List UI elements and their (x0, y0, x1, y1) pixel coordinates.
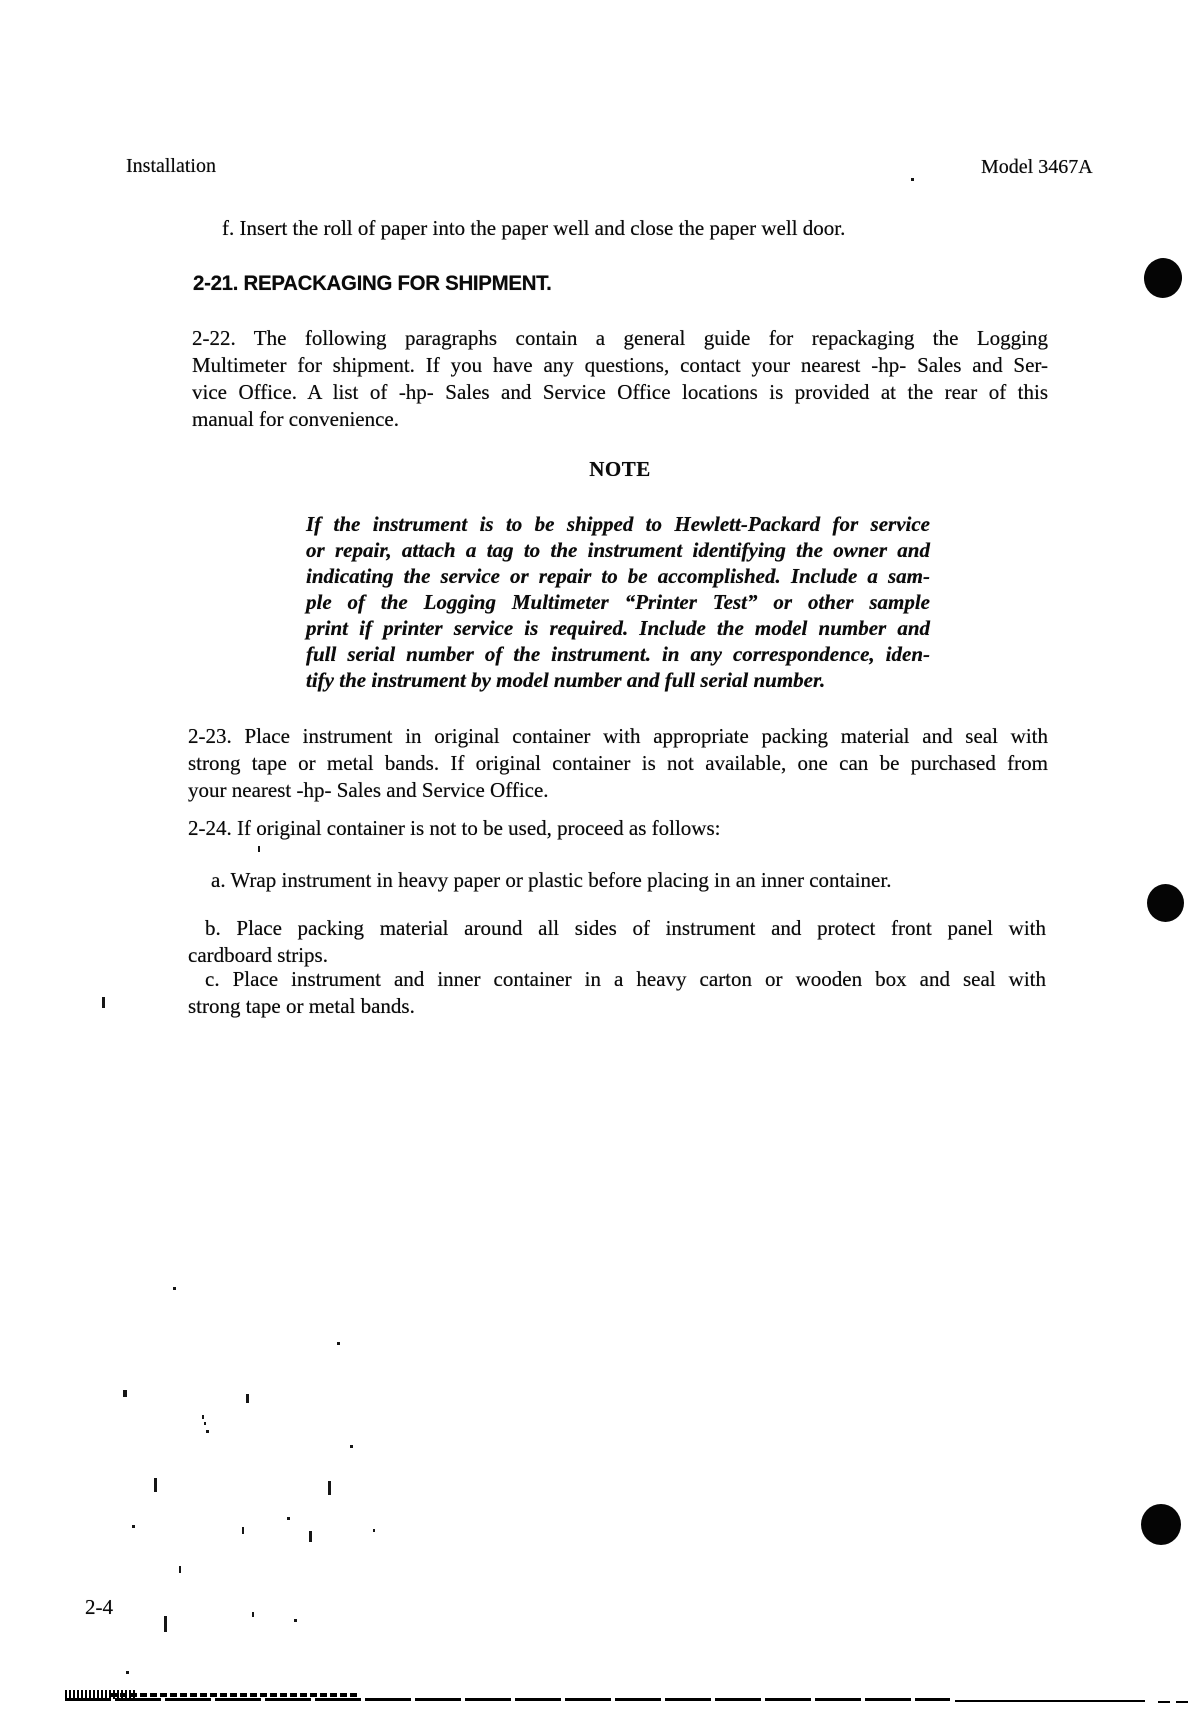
scan-speck (102, 997, 105, 1008)
scan-speck (294, 1619, 297, 1622)
note-body: If the instrument is to be shipped to He… (306, 511, 930, 693)
list-item-c: c. Place instrument and inner container … (188, 966, 1046, 1020)
scan-speck (173, 1287, 176, 1290)
scan-speck (258, 846, 260, 852)
binding-hole-mark (1147, 884, 1184, 922)
scanned-manual-page: Installation Model 3467A f. Insert the r… (0, 0, 1198, 1716)
page-number: 2-4 (85, 1595, 113, 1620)
text-line: If the instrument is to be shipped to He… (306, 511, 930, 537)
text-line: Multimeter for shipment. If you have any… (192, 352, 1048, 379)
text-line: or repair, attach a tag to the instrumen… (306, 537, 930, 563)
text-line: manual for convenience. (192, 406, 1048, 433)
binding-hole-mark (1141, 256, 1184, 301)
scan-speck (123, 1390, 127, 1397)
note-title: NOTE (192, 457, 1048, 482)
scan-speck (202, 1415, 204, 1419)
text-line: strong tape or metal bands. (188, 993, 1046, 1020)
text-line: indicating the service or repair to be a… (306, 563, 930, 589)
paragraph-2-23: 2-23. Place instrument in original conta… (188, 723, 1048, 804)
text-line: print if printer service is required. In… (306, 615, 930, 641)
scan-speck (154, 1478, 157, 1492)
scan-artifact-line (65, 1698, 950, 1701)
scan-speck (373, 1529, 375, 1532)
paragraph-2-24: 2-24. If original container is not to be… (188, 816, 720, 841)
scan-speck (164, 1616, 167, 1632)
binding-hole-mark (1141, 1504, 1181, 1545)
scan-speck (337, 1342, 340, 1345)
text-line: c. Place instrument and inner container … (188, 966, 1046, 993)
scan-speck (246, 1394, 249, 1403)
scan-artifact-line (1158, 1701, 1192, 1703)
scan-speck (126, 1671, 129, 1674)
scan-speck (206, 1430, 209, 1433)
list-item-a: a. Wrap instrument in heavy paper or pla… (211, 868, 891, 893)
step-f-line: f. Insert the roll of paper into the pap… (222, 216, 845, 241)
scan-speck (309, 1531, 312, 1542)
text-line: your nearest -hp- Sales and Service Offi… (188, 777, 1048, 804)
text-line: ple of the Logging Multimeter “Printer T… (306, 589, 930, 615)
list-item-b: b. Place packing material around all sid… (188, 915, 1046, 969)
scan-speck (179, 1566, 181, 1573)
scan-artifact-line (955, 1700, 1145, 1702)
text-line: vice Office. A list of -hp- Sales and Se… (192, 379, 1048, 406)
scan-artifact-line (110, 1693, 360, 1697)
text-line: full serial number of the instrument. in… (306, 641, 930, 667)
scan-speck (328, 1481, 331, 1495)
header-section-title: Installation (126, 155, 216, 178)
scan-speck (204, 1422, 206, 1425)
scan-speck (350, 1445, 353, 1448)
text-line: tify the instrument by model number and … (306, 667, 930, 693)
scan-speck (242, 1527, 244, 1534)
text-line: b. Place packing material around all sid… (188, 915, 1046, 942)
text-line: 2-22. The following paragraphs contain a… (192, 325, 1048, 352)
section-heading-2-21: 2-21. REPACKAGING FOR SHIPMENT. (193, 271, 551, 296)
text-line: strong tape or metal bands. If original … (188, 750, 1048, 777)
scan-speck (132, 1525, 135, 1528)
scan-speck (252, 1612, 254, 1617)
scan-speck (911, 178, 914, 181)
text-line: cardboard strips. (188, 942, 1046, 969)
paragraph-2-22: 2-22. The following paragraphs contain a… (192, 325, 1048, 433)
header-model-number: Model 3467A (981, 156, 1093, 179)
text-line: 2-23. Place instrument in original conta… (188, 723, 1048, 750)
scan-speck (287, 1517, 290, 1520)
